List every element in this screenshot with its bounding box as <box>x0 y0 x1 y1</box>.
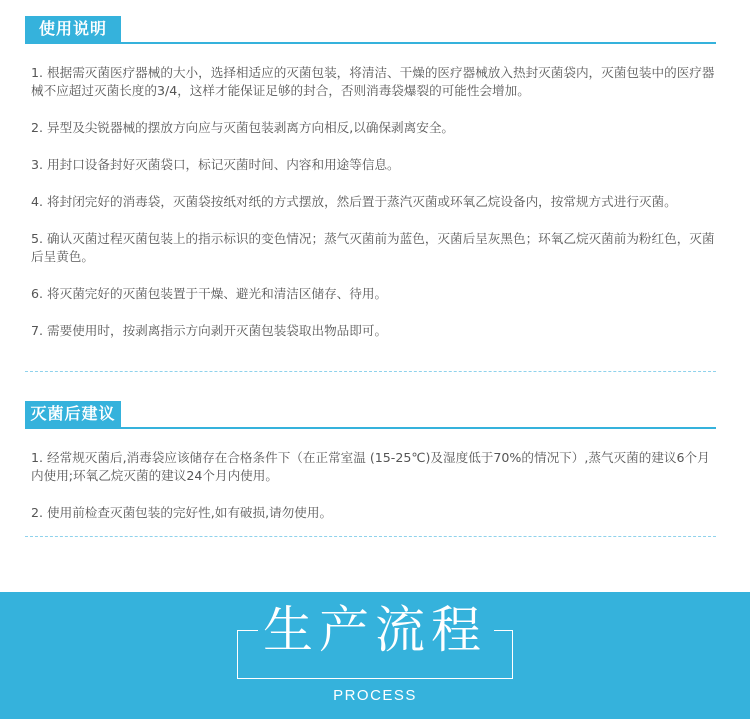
after-sterilization-item-2: 2. 使用前检查灭菌包装的完好性,如有破损,请勿使用。 <box>31 504 721 522</box>
usage-section-title: 使用说明 <box>25 16 121 42</box>
usage-section-header: 使用说明 <box>25 16 716 44</box>
usage-item-7: 7. 需要使用时，按剥离指示方向剥开灭菌包装袋取出物品即可。 <box>31 322 721 340</box>
after-sterilization-divider <box>25 536 716 537</box>
process-banner-subtitle: PROCESS <box>0 687 750 705</box>
usage-list: 1. 根据需灭菌医疗器械的大小，选择相适应的灭菌包装，将清洁、干燥的医疗器械放入… <box>31 64 721 340</box>
after-sterilization-item-1: 1. 经常规灭菌后,消毒袋应该储存在合格条件下（在正常室温 (15-25℃)及湿… <box>31 449 721 485</box>
usage-item-1: 1. 根据需灭菌医疗器械的大小，选择相适应的灭菌包装，将清洁、干燥的医疗器械放入… <box>31 64 721 100</box>
usage-item-3: 3. 用封口设备封好灭菌袋口，标记灭菌时间、内容和用途等信息。 <box>31 156 721 174</box>
usage-divider <box>25 371 716 372</box>
after-sterilization-section-header: 灭菌后建议 <box>25 401 716 429</box>
process-banner: 生产流程 PROCESS <box>0 592 750 719</box>
after-sterilization-list: 1. 经常规灭菌后,消毒袋应该储存在合格条件下（在正常室温 (15-25℃)及湿… <box>31 449 721 522</box>
usage-item-5: 5. 确认灭菌过程灭菌包装上的指示标识的变色情况；蒸气灭菌前为蓝色，灭菌后呈灰黑… <box>31 230 721 266</box>
usage-item-6: 6. 将灭菌完好的灭菌包装置于干燥、避光和清洁区储存、待用。 <box>31 285 721 303</box>
usage-item-4: 4. 将封闭完好的消毒袋，灭菌袋按纸对纸的方式摆放，然后置于蒸汽灭菌或环氧乙烷设… <box>31 193 721 211</box>
usage-item-2: 2. 异型及尖锐器械的摆放方向应与灭菌包装剥离方向相反,以确保剥离安全。 <box>31 119 721 137</box>
after-sterilization-section-title: 灭菌后建议 <box>25 401 121 427</box>
process-banner-title: 生产流程 <box>0 598 750 662</box>
